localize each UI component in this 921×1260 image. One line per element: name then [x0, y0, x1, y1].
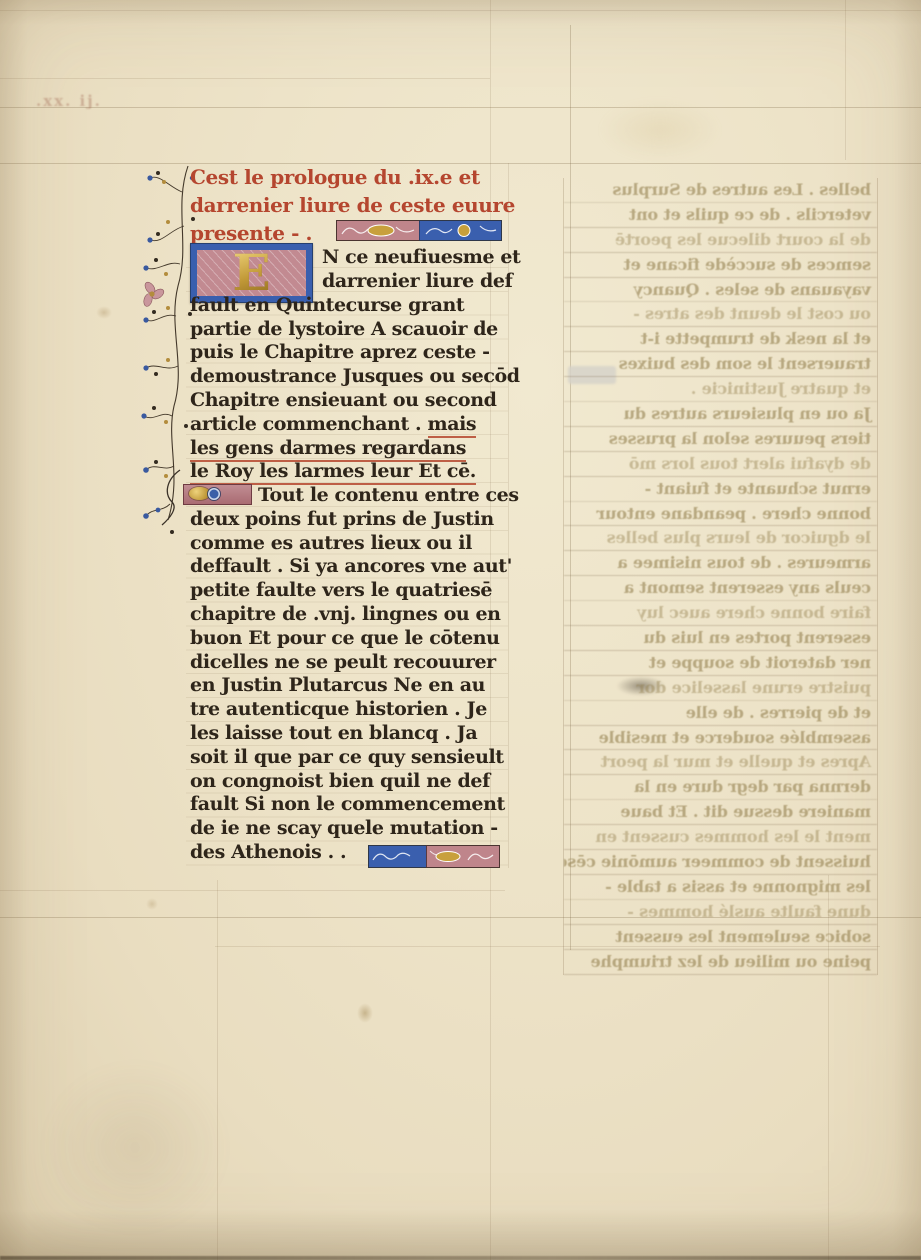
body-text-line: chapitre de .vnj. lingnes ou en [190, 603, 501, 626]
body-text-line: les gens darmes regardans [190, 437, 466, 460]
ghost-text-line: esserent portes en luis du [564, 626, 877, 651]
body-text-line: de ie ne scay quele mutation - [190, 817, 498, 840]
pen-flourish-icon [158, 468, 184, 528]
ghost-text-line: vetercils . de ce quils et ont [564, 203, 877, 228]
ghost-text-line: Ja ou en plusieurs autres du [564, 402, 877, 427]
body-text-line: puis le Chapitre aprez ceste - [190, 341, 490, 364]
body-text-line: comme es autres lieux ou il [190, 532, 472, 555]
red-underlined-text: les gens darmes regardans [190, 437, 466, 462]
ghost-text-line: et quatre Justinicie . [564, 377, 877, 402]
ghost-text-line: dune faulte auslé hommes - [564, 900, 877, 925]
pink-trefoil-flower [142, 280, 165, 307]
blue-bead-icon [208, 488, 220, 500]
ghost-text-line: belles . Les autres de Surplus [564, 178, 877, 203]
body-text-line: petite faulte vers le quatriesē [190, 579, 492, 602]
ghost-text-line: et la nesk de trumpette i-t [564, 327, 877, 352]
body-text-line: les laisse tout en blancq . Ja [190, 722, 477, 745]
ghost-text-line: ment le les hommes cussent en [564, 825, 877, 850]
ghost-text-line: trauersent le som des buixes [564, 352, 877, 377]
body-text-line: dicelles ne se peult recouurer [190, 651, 496, 674]
body-text-line: demoustrance Jusques ou secōd [190, 365, 520, 388]
ghost-text-line: puistre erune lasselice dor [564, 676, 877, 701]
line-filler-bottom [368, 845, 500, 868]
ghost-text-line: les mignonne et assis a table - [564, 875, 877, 900]
body-text-line: N ce neufiuesme et [322, 246, 520, 269]
body-text-line: soit il que par ce quy sensieult [190, 746, 504, 769]
body-text-line: des Athenois . . [190, 841, 346, 864]
ghost-text-line: de la court dilecue les peortē [564, 228, 877, 253]
body-text-line: buon Et pour ce que le cōtenu [190, 627, 500, 650]
ghost-text-line: le dguicor de leurs plus belles [564, 526, 877, 551]
initial-ground: E [197, 250, 306, 296]
rubric-line: darrenier liure de ceste euure [190, 194, 515, 217]
page-bottom-edge [0, 1256, 921, 1260]
ghost-text-line: vayauans de seles . Quancy [564, 278, 877, 303]
ruling-line-horizontal [0, 890, 505, 891]
ruling-line-horizontal [0, 10, 921, 11]
initial-letter: E [232, 248, 270, 298]
red-underlined-text: le Roy les larmes leur Et cē. [190, 460, 476, 485]
ghost-text-line: ceuls any esserent semont a [564, 576, 877, 601]
show-through-text-column: belles . Les autres de Surplusvetercils … [563, 178, 878, 975]
ghost-text-line: et de pierres . de elle [564, 701, 877, 726]
body-text-fragment: article commenchant . [190, 413, 428, 435]
paraph-mark [183, 484, 252, 505]
body-text-line: partie de lystoire A scauoir de [190, 318, 498, 341]
line-filler-top [336, 220, 502, 241]
rubric-line: Cest le prologue du .ix.e et [190, 166, 480, 189]
ghost-text-line: ou cost le deunt des atres - [564, 302, 877, 327]
ghost-text-line: armeures . de tous nisimee a [564, 551, 877, 576]
ghost-text-line: semces de succède ficane et [564, 253, 877, 278]
stain-spot [146, 898, 158, 910]
discoloration-patch [600, 100, 720, 160]
ghost-text-line: sobice seulement les eussent [564, 925, 877, 950]
ruling-line-vertical [845, 0, 846, 160]
ghost-text-line: assemblée souderce et mesible [564, 726, 877, 751]
body-text-line: fault Si non le commencement [190, 793, 505, 816]
ruling-line-horizontal [0, 78, 490, 79]
body-text-line: article commenchant . mais [190, 413, 476, 436]
body-text-line: fault en Quintecurse grant [190, 294, 464, 317]
body-text-line: tre autenticque historien . Je [190, 698, 487, 721]
body-text-line: darrenier liure def [322, 270, 512, 293]
body-text-line: Chapitre ensieuant ou second [190, 389, 497, 412]
ruling-line-vertical [217, 880, 218, 1260]
stain-spot [96, 306, 112, 319]
manuscript-page: .xx. ij. [0, 0, 921, 1260]
ghost-text-line: tiers peuures selon la prusses [564, 427, 877, 452]
folio-mark: .xx. ij. [36, 92, 102, 110]
ruling-line-horizontal [0, 107, 921, 108]
ghost-text-line: ner dateroit de souppe et [564, 651, 877, 676]
ghost-text-line: Apres et quelle et mur la peort [564, 750, 877, 775]
body-text-line: on congnoist bien quil ne def [190, 770, 490, 793]
stain-spot [357, 1003, 373, 1023]
ghost-text-line: de dyafui alert tous lors mō [564, 452, 877, 477]
body-text-line: en Justin Plutarcus Ne en au [190, 674, 485, 697]
ghost-text-line: peine ou milieu de lez triumphe [564, 950, 877, 975]
ghost-text-line: huissent de commeer aumōnie cēse [564, 850, 877, 875]
discoloration-patch [40, 1060, 230, 1235]
rubric-line: presente - . [190, 222, 312, 245]
body-text-line: Tout le contenu entre ces [258, 484, 519, 507]
body-text-line: le Roy les larmes leur Et cē. [190, 460, 476, 483]
ghost-text-line: ernut schuante et fuiant - [564, 477, 877, 502]
ghost-text-line: bonne chere . peandane entour [564, 502, 877, 527]
ghost-text-line: faire bonne chere auec luy [564, 601, 877, 626]
ghost-text-line: dernna par degr dure en la [564, 775, 877, 800]
ghost-text-line: maniere dessue dit . Et baue [564, 800, 877, 825]
red-underlined-text: mais [428, 413, 477, 438]
body-text-line: deffault . Si ya ancores vne aut' [190, 555, 512, 578]
gold-crescent-icon [189, 487, 210, 500]
body-text-line: deux poins fut prins de Justin [190, 508, 494, 531]
